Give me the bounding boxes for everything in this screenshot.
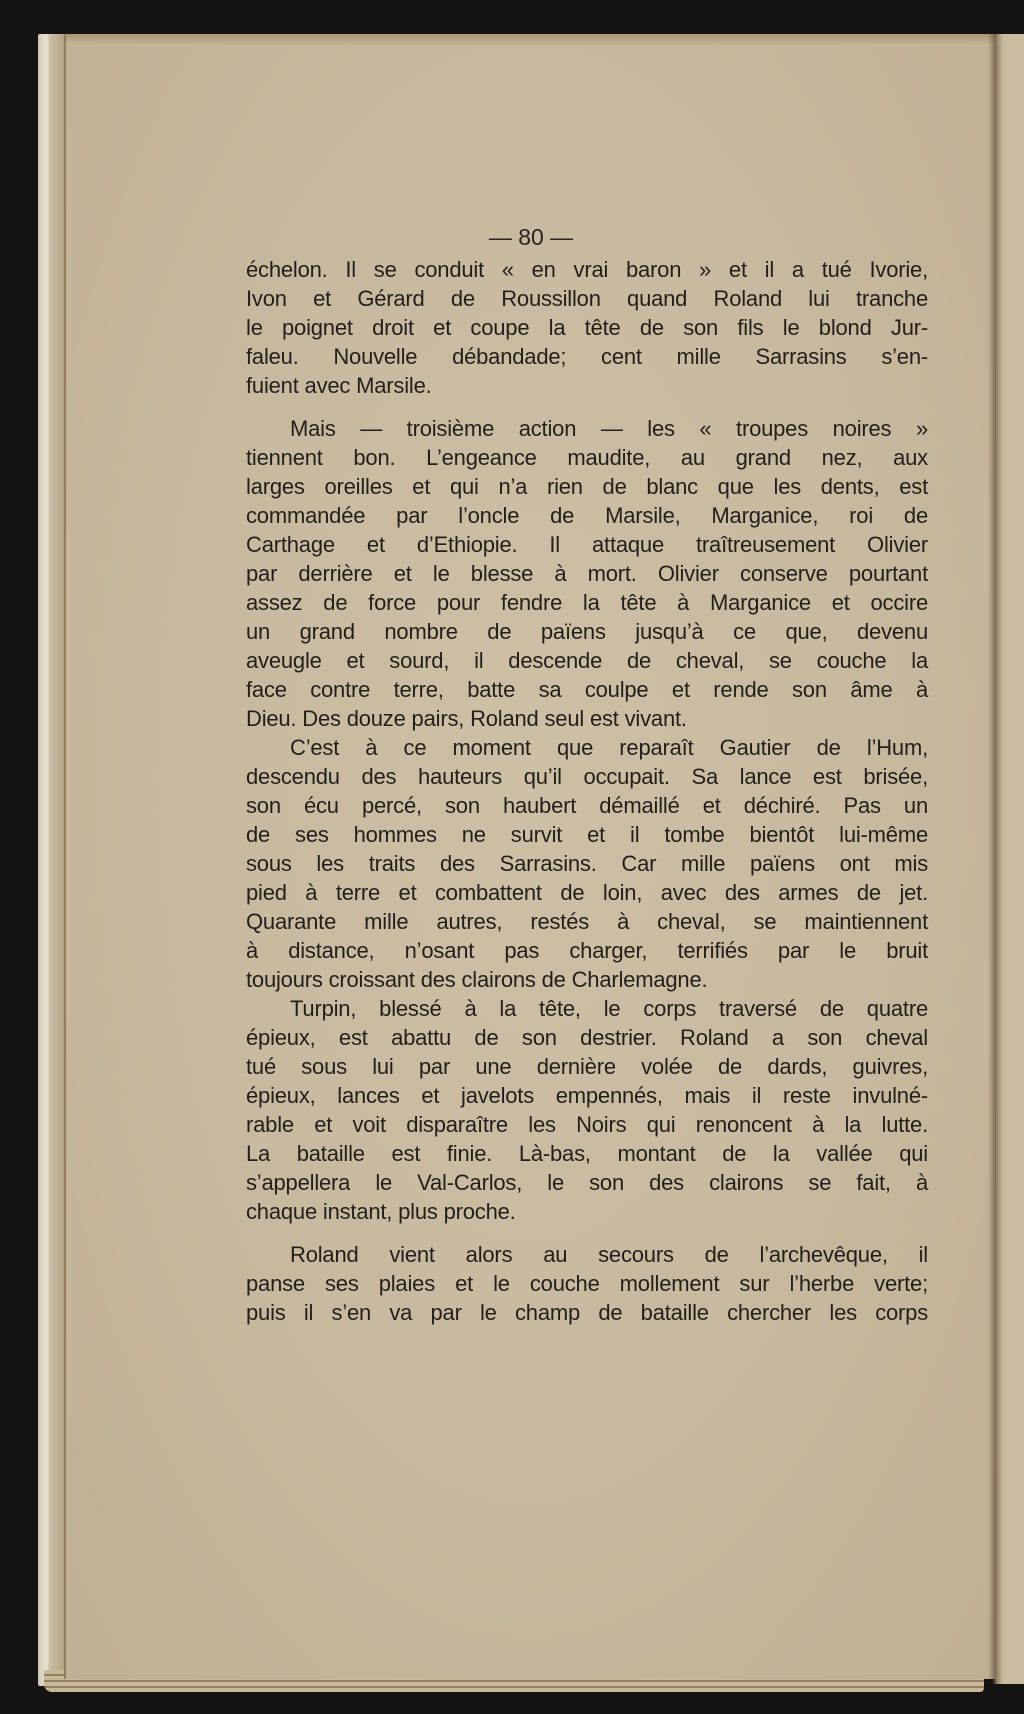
text-line: Roland vient alors au secours de l’arche…	[246, 1240, 928, 1269]
text-line: échelon. Il se conduit « en vrai baron »…	[246, 255, 928, 284]
text-line: Turpin, blessé à la tête, le corps trave…	[246, 994, 928, 1023]
text-line: Mais — troisième action — les « troupes …	[246, 414, 928, 443]
text-line: le poignet droit et coupe la tête de son…	[246, 313, 928, 342]
text-line: descendu des hauteurs qu’il occupait. Sa…	[246, 762, 928, 791]
text-line: par derrière et le blesse à mort. Olivie…	[246, 559, 928, 588]
paragraph-3: C’est à ce moment que reparaît Gautier d…	[246, 733, 928, 994]
text-line: panse ses plaies et le couche mollement …	[246, 1269, 928, 1298]
text-line: pied à terre et combattent de loin, avec…	[246, 878, 928, 907]
text-line: toujours croissant des clairons de Charl…	[246, 965, 928, 994]
text-line: Ivon et Gérard de Roussillon quand Rolan…	[246, 284, 928, 313]
text-line: un grand nombre de païens jusqu’à ce que…	[246, 617, 928, 646]
text-line: son écu percé, son haubert démaillé et d…	[246, 791, 928, 820]
text-line: commandée par l’oncle de Marsile, Margan…	[246, 501, 928, 530]
text-line: s’appellera le Val-Carlos, le son des cl…	[246, 1168, 928, 1197]
paragraph-4: Turpin, blessé à la tête, le corps trave…	[246, 994, 928, 1226]
text-line: de ses hommes ne survit et il tombe bien…	[246, 820, 928, 849]
text-line: Dieu. Des douze pairs, Roland seul est v…	[246, 704, 928, 733]
text-line: tué sous lui par une dernière volée de d…	[246, 1052, 928, 1081]
text-line: chaque instant, plus proche.	[246, 1197, 928, 1226]
text-line: faleu. Nouvelle débandade; cent mille Sa…	[246, 342, 928, 371]
text-line: Carthage et d’Ethiopie. Il attaque traît…	[246, 530, 928, 559]
text-line: face contre terre, batte sa coulpe et re…	[246, 675, 928, 704]
paragraph-5: Roland vient alors au secours de l’arche…	[246, 1240, 928, 1327]
text-line: épieux, lances et javelots empennés, mai…	[246, 1081, 928, 1110]
text-line: puis il s’en va par le champ de bataille…	[246, 1298, 928, 1327]
text-line: tiennent bon. L’engeance maudite, au gra…	[246, 443, 928, 472]
text-line: Quarante mille autres, restés à cheval, …	[246, 907, 928, 936]
text-line: aveugle et sourd, il descende de cheval,…	[246, 646, 928, 675]
body-text: échelon. Il se conduit « en vrai baron »…	[246, 255, 928, 1327]
text-line: La bataille est finie. Là-bas, montant d…	[246, 1139, 928, 1168]
text-line: C’est à ce moment que reparaît Gautier d…	[246, 733, 928, 762]
text-line: rable et voit disparaître les Noirs qui …	[246, 1110, 928, 1139]
text-line: sous les traits des Sarrasins. Car mille…	[246, 849, 928, 878]
text-line: assez de force pour fendre la tête à Mar…	[246, 588, 928, 617]
gutter-shadow	[988, 34, 996, 1684]
text-line: à distance, n’osant pas charger, terrifi…	[246, 936, 928, 965]
text-line: épieux, est abattu de son destrier. Rola…	[246, 1023, 928, 1052]
text-line: larges oreilles et qui n’a rien de blanc…	[246, 472, 928, 501]
paragraph-2: Mais — troisième action — les « troupes …	[246, 414, 928, 733]
paragraph-1: échelon. Il se conduit « en vrai baron »…	[246, 255, 928, 400]
facing-page-edge	[994, 34, 1024, 1684]
text-line: fuient avec Marsile.	[246, 371, 928, 400]
page-number: — 80 —	[66, 224, 996, 251]
